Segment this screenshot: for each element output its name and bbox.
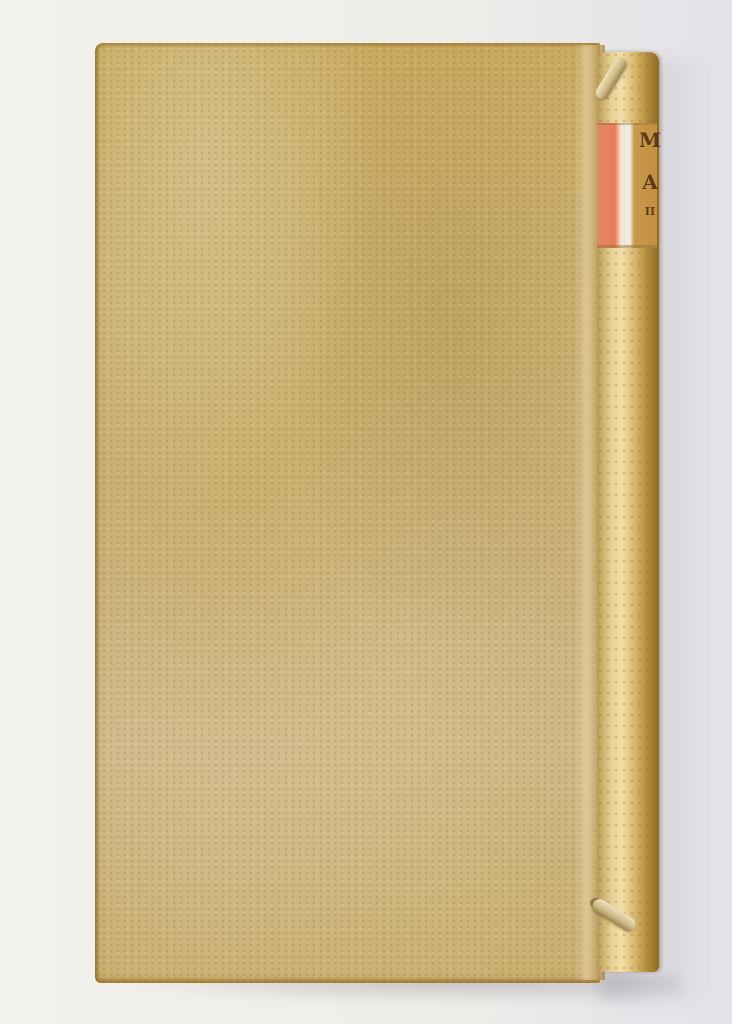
vellum-texture [95,43,600,983]
spine-label-line-1: M [639,128,661,152]
book-back-cover [95,43,600,983]
spine-label-line-3: II [639,205,661,218]
spine-label-line-2: A [639,170,661,194]
